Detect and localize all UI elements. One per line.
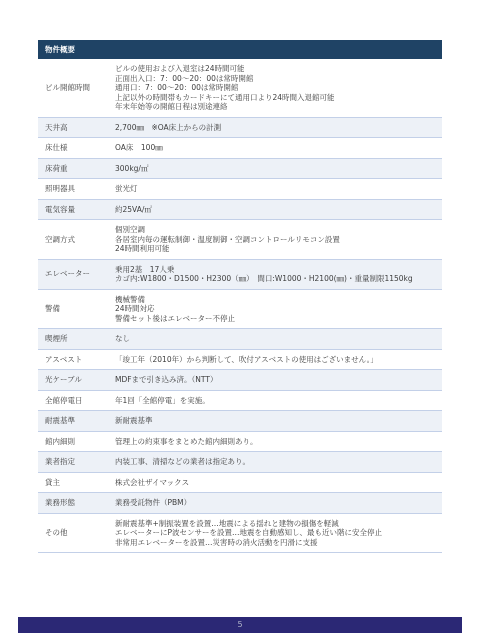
row-value-line: 300kg/㎡ [115, 164, 440, 174]
row-label: 空調方式 [38, 220, 115, 259]
row-value: 内装工事、清掃などの業者は指定あり。 [115, 452, 442, 472]
row-value: 管理上の約束事をまとめた館内細則あり。 [115, 432, 442, 452]
row-value: 2,700㎜ ※OA床上からの計測 [115, 118, 442, 138]
row-value: OA床 100㎜ [115, 138, 442, 158]
table-header: 物件概要 [38, 40, 442, 59]
row-value: 年1回「全館停電」を実施。 [115, 391, 442, 411]
row-value-line: 年1回「全館停電」を実施。 [115, 396, 440, 406]
table-row: 警備機械警備24時間対応警備セット後はエレベーター不停止 [38, 290, 442, 330]
row-value-line: 内装工事、清掃などの業者は指定あり。 [115, 457, 440, 467]
row-value-line: なし [115, 334, 440, 344]
row-value-line: 機械警備 [115, 295, 440, 305]
row-label: その他 [38, 514, 115, 553]
row-value: MDFまで引き込み済。（NTT） [115, 370, 442, 390]
row-label: 業者指定 [38, 452, 115, 472]
table-row: 業者指定内装工事、清掃などの業者は指定あり。 [38, 452, 442, 473]
row-value-line: 乗用2基 17人乗 [115, 265, 440, 275]
row-value-line: エレベーターにP波センサーを設置…地震を自動感知し、最も近い階に安全停止 [115, 528, 440, 538]
row-value-line: 24時間対応 [115, 304, 440, 314]
row-value-line: 管理上の約束事をまとめた館内細則あり。 [115, 437, 440, 447]
row-label: アスベスト [38, 350, 115, 370]
table-row: エレベーター乗用2基 17人乗カゴ内:W1800・D1500・H2300（㎜） … [38, 260, 442, 290]
property-overview-table: 物件概要 ビル開館時間ビルの使用および入退室は24時間可能正面出入口：7：00～… [38, 40, 442, 553]
row-value-line: カゴ内:W1800・D1500・H2300（㎜） 間口:W1000・H2100(… [115, 274, 440, 284]
table-row: 業務形態業務受託物件（PBM） [38, 493, 442, 514]
row-label: 全館停電日 [38, 391, 115, 411]
row-value: ビルの使用および入退室は24時間可能正面出入口：7：00～20：00は常時開館通… [115, 59, 442, 117]
row-value: 蛍光灯 [115, 179, 442, 199]
row-value-line: 24時間利用可能 [115, 244, 440, 254]
row-value-line: 正面出入口：7：00～20：00は常時開館 [115, 74, 440, 84]
row-value: 新耐震基準+制振装置を設置…地震による揺れと建物の損傷を軽減エレベーターにP波セ… [115, 514, 442, 553]
row-value-line: 上記以外の時間帯もカードキーにて通用口より24時間入退館可能 [115, 93, 440, 103]
row-value: 株式会社ザイマックス [115, 473, 442, 493]
row-label: 館内細則 [38, 432, 115, 452]
row-value-line: 年末年始等の開館日程は別途連絡 [115, 102, 440, 112]
row-label: 耐震基準 [38, 411, 115, 431]
table-row: 館内細則管理上の約束事をまとめた館内細則あり。 [38, 432, 442, 453]
row-value-line: OA床 100㎜ [115, 143, 440, 153]
table-row: 照明器具蛍光灯 [38, 179, 442, 200]
row-value: なし [115, 329, 442, 349]
row-value-line: 株式会社ザイマックス [115, 478, 440, 488]
row-value-line: 業務受託物件（PBM） [115, 498, 440, 508]
row-label: 喫煙所 [38, 329, 115, 349]
table-row: アスベスト「竣工年（2010年）から判断して、吹付アスベストの使用はございません… [38, 350, 442, 371]
row-label: 業務形態 [38, 493, 115, 513]
row-value: 機械警備24時間対応警備セット後はエレベーター不停止 [115, 290, 442, 329]
table-row: ビル開館時間ビルの使用および入退室は24時間可能正面出入口：7：00～20：00… [38, 59, 442, 118]
row-label: 床荷重 [38, 159, 115, 179]
table-row: 耐震基準新耐震基準 [38, 411, 442, 432]
row-value-line: 警備セット後はエレベーター不停止 [115, 314, 440, 324]
footer-bar: 5 [18, 617, 462, 633]
row-label: 床仕様 [38, 138, 115, 158]
row-label: 光ケーブル [38, 370, 115, 390]
table-row: その他新耐震基準+制振装置を設置…地震による揺れと建物の損傷を軽減エレベーターに… [38, 514, 442, 554]
row-value-line: 2,700㎜ ※OA床上からの計測 [115, 123, 440, 133]
row-label: 照明器具 [38, 179, 115, 199]
row-value: 業務受託物件（PBM） [115, 493, 442, 513]
table-title: 物件概要 [45, 45, 75, 54]
row-label: 天井高 [38, 118, 115, 138]
table-body: ビル開館時間ビルの使用および入退室は24時間可能正面出入口：7：00～20：00… [38, 59, 442, 553]
table-row: 光ケーブルMDFまで引き込み済。（NTT） [38, 370, 442, 391]
row-value: 「竣工年（2010年）から判断して、吹付アスベストの使用はございません。」 [115, 350, 442, 370]
row-value: 約25VA/㎡ [115, 200, 442, 220]
row-value: 300kg/㎡ [115, 159, 442, 179]
row-label: 電気容量 [38, 200, 115, 220]
row-value-line: MDFまで引き込み済。（NTT） [115, 375, 440, 385]
row-label: 警備 [38, 290, 115, 329]
row-value-line: 通用口：7：00～20：00は常時開館 [115, 83, 440, 93]
table-row: 喫煙所なし [38, 329, 442, 350]
row-value-line: 各居室内毎の運転制御・温度制御・空調コントロールリモコン設置 [115, 235, 440, 245]
table-row: 全館停電日年1回「全館停電」を実施。 [38, 391, 442, 412]
table-row: 貸主株式会社ザイマックス [38, 473, 442, 494]
table-row: 床荷重300kg/㎡ [38, 159, 442, 180]
row-value-line: ビルの使用および入退室は24時間可能 [115, 64, 440, 74]
row-value: 新耐震基準 [115, 411, 442, 431]
row-value-line: 「竣工年（2010年）から判断して、吹付アスベストの使用はございません。」 [115, 355, 440, 365]
row-value-line: 新耐震基準 [115, 416, 440, 426]
row-value: 個別空調各居室内毎の運転制御・温度制御・空調コントロールリモコン設置24時間利用… [115, 220, 442, 259]
table-row: 電気容量約25VA/㎡ [38, 200, 442, 221]
page-number: 5 [237, 620, 242, 629]
row-value: 乗用2基 17人乗カゴ内:W1800・D1500・H2300（㎜） 間口:W10… [115, 260, 442, 289]
table-row: 天井高2,700㎜ ※OA床上からの計測 [38, 118, 442, 139]
table-row: 床仕様OA床 100㎜ [38, 138, 442, 159]
row-value-line: 新耐震基準+制振装置を設置…地震による揺れと建物の損傷を軽減 [115, 519, 440, 529]
table-row: 空調方式個別空調各居室内毎の運転制御・温度制御・空調コントロールリモコン設置24… [38, 220, 442, 260]
row-value-line: 個別空調 [115, 225, 440, 235]
row-label: ビル開館時間 [38, 59, 115, 117]
row-value-line: 非常用エレベーターを設置…災害時の消火活動を円滑に支援 [115, 538, 440, 548]
row-label: エレベーター [38, 260, 115, 289]
row-value-line: 蛍光灯 [115, 184, 440, 194]
row-value-line: 約25VA/㎡ [115, 205, 440, 215]
row-label: 貸主 [38, 473, 115, 493]
